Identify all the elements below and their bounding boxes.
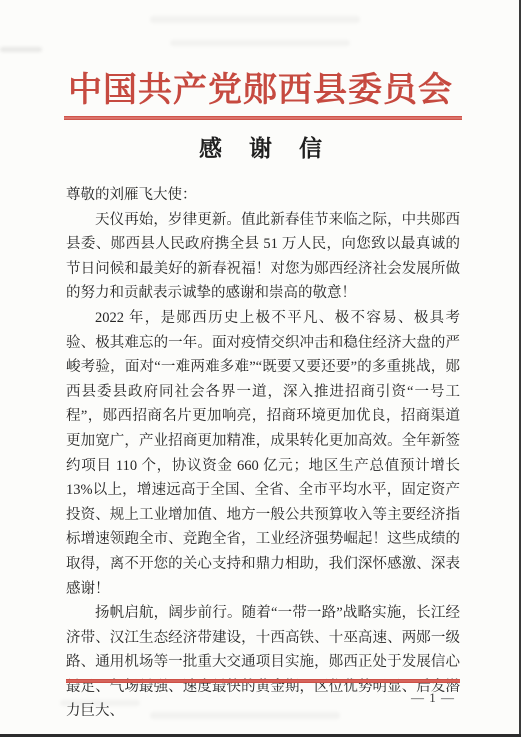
salutation: 尊敬的刘雁飞大使：	[66, 183, 460, 208]
scan-artifact	[0, 47, 42, 52]
body-paragraph: 2022 年，是郧西历史上极不平凡、极不容易、极具考验、极其难忘的一年。面对疫情…	[66, 306, 460, 601]
paragraph-list: 天仪再始，岁律更新。值此新春佳节来临之际，中共郧西县委、郧西县人民政府携全县 5…	[66, 208, 460, 724]
body-paragraph: 扬帆启航，阔步前行。随着“一带一路”战略实施，长江经济带、汉江生态经济带建设，十…	[66, 601, 460, 724]
scanned-letter-page: 中国共产党郧西县委员会 感谢信 尊敬的刘雁飞大使： 天仪再始，岁律更新。值此新春…	[0, 0, 521, 737]
body-paragraph: 天仪再始，岁律更新。值此新春佳节来临之际，中共郧西县委、郧西县人民政府携全县 5…	[66, 208, 460, 306]
letterhead-org-name: 中国共产党郧西县委员会	[0, 62, 521, 111]
page-number: — 1 —	[411, 690, 455, 706]
letterhead-rule	[64, 116, 462, 120]
scan-artifact	[150, 16, 360, 23]
letter-body: 尊敬的刘雁飞大使： 天仪再始，岁律更新。值此新春佳节来临之际，中共郧西县委、郧西…	[66, 183, 460, 724]
document-title: 感谢信	[0, 130, 521, 163]
scan-artifact	[170, 40, 350, 46]
footer-rule	[66, 679, 460, 683]
